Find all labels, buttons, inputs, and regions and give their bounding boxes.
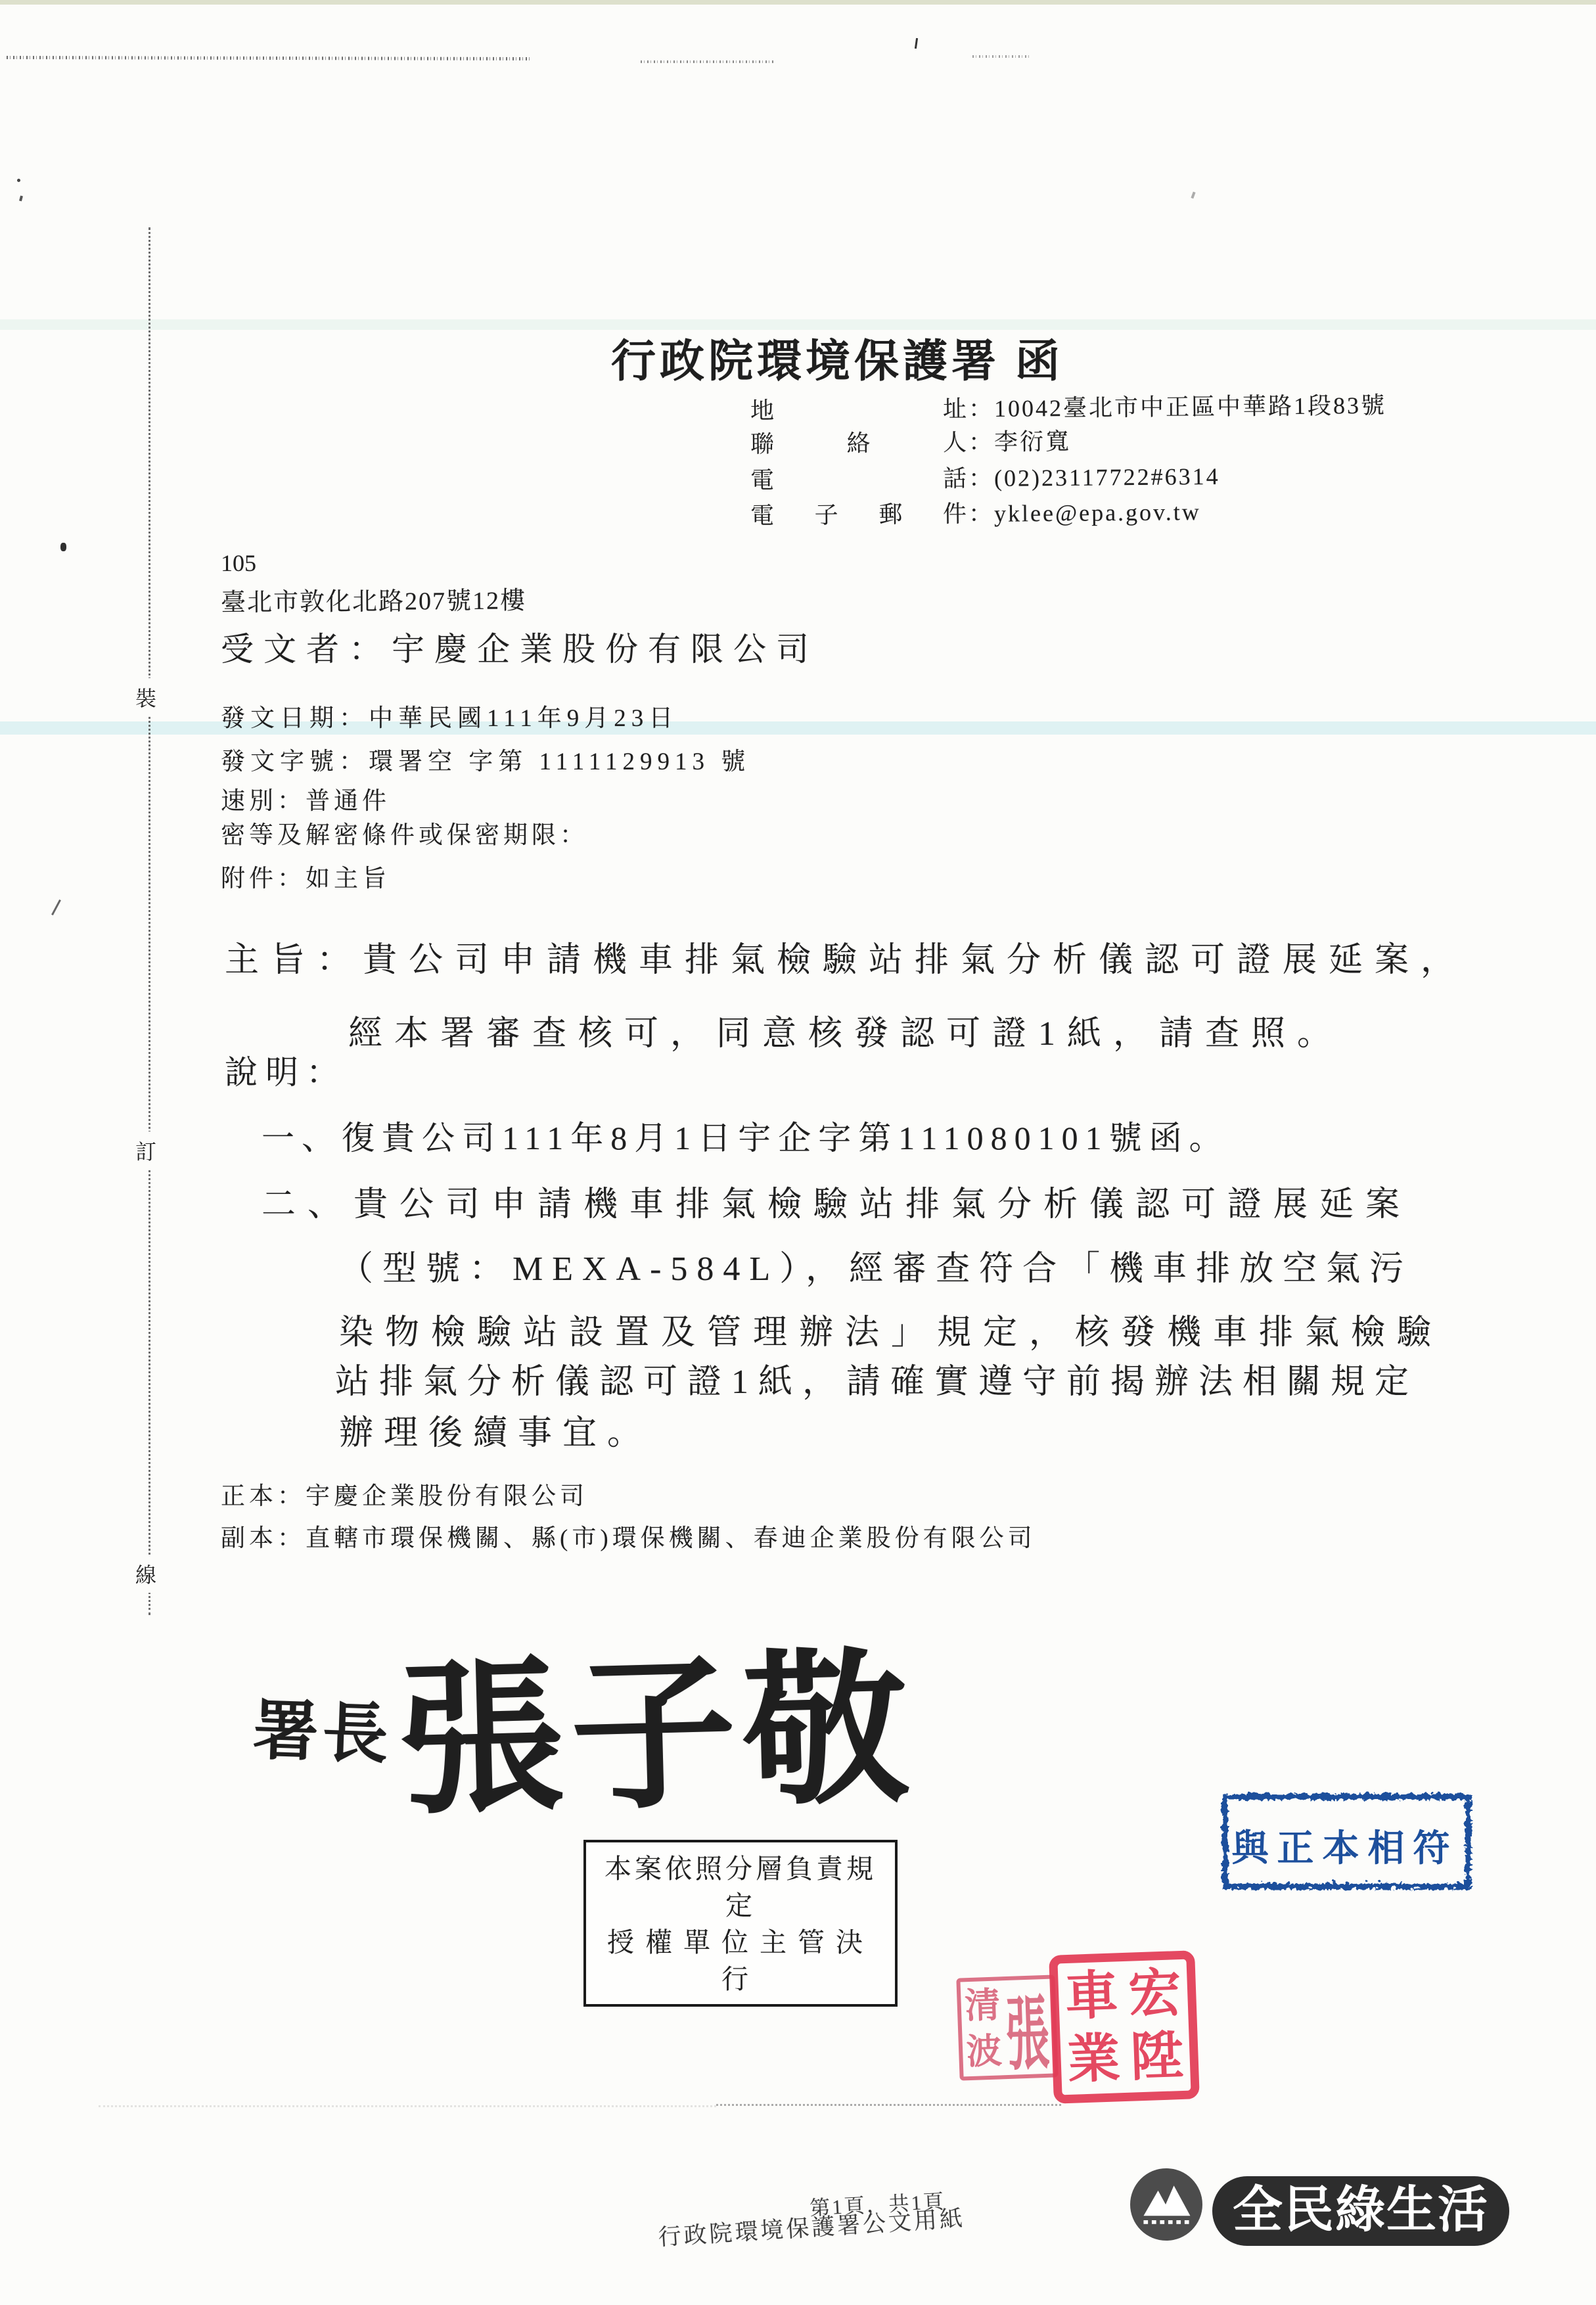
scan-top-edge-band — [0, 0, 1596, 5]
signature-title: 署長 — [252, 1677, 394, 1776]
meta-security: 密等及解密條件或保密期限： — [221, 815, 588, 850]
meta-speed: 速別：普通件 — [221, 781, 390, 816]
name-seal-small: 張 清 波 — [956, 1974, 1058, 2080]
scan-noise-line-1 — [7, 56, 532, 60]
seal-char-zhang: 張 — [1003, 1969, 1051, 2086]
binding-char-xian: 線 — [134, 1555, 158, 1593]
scan-dotted-artifact — [716, 2104, 1061, 2106]
slogan-text: 全民綠生活 — [1212, 2176, 1509, 2245]
explanation-heading: 說明： — [225, 1046, 347, 1093]
info-row-contact: 聯絡人：李衍寬 — [750, 423, 1071, 459]
info-value-email: ：yklee@epa.gov.tw — [969, 499, 1201, 527]
binding-dotted-line — [148, 227, 150, 1615]
binding-char-ding: 訂 — [134, 1131, 158, 1170]
scan-blob — [60, 543, 66, 551]
signature-name: 張子敬 — [395, 1595, 917, 1846]
info-row-address: 地址：10042臺北市中正區中華路1段83號 — [750, 387, 1386, 426]
explanation-item-2-line-4: 站排氣分析儀認可證1紙，請確實遵守前揭辦法相關規定 — [335, 1354, 1419, 1403]
scan-noise-line-2 — [641, 60, 775, 63]
info-row-email: 電子郵件：yklee@epa.gov.tw — [750, 493, 1201, 531]
explanation-item-1: 一、復貴公司111年8月1日宇企字第111080101號函。 — [262, 1112, 1229, 1159]
seal-char-qing: 清 — [964, 1983, 1001, 2028]
scan-speck-tick — [915, 38, 918, 49]
info-label-email: 電子郵件 — [750, 495, 969, 531]
decision-box: 本案依照分層負責規定 授權單位主管決行 — [583, 1840, 898, 2007]
scan-noise-line-3 — [972, 55, 1032, 58]
certified-copy-stamp: 與正本相符 — [1213, 1785, 1477, 1895]
meta-number: 發文字號：環署空 字第 1111129913 號 — [221, 741, 750, 777]
epa-logo-icon — [1130, 2168, 1202, 2241]
scan-slash-mark — [51, 900, 61, 915]
recipient-address: 臺北市敦化北路207號12樓 — [221, 580, 526, 618]
scan-speck-3 — [1191, 192, 1195, 199]
scan-speck-2 — [19, 196, 23, 202]
mountain-icon — [1135, 2173, 1198, 2236]
info-label-phone: 電話 — [750, 460, 969, 495]
decision-line-1: 本案依照分層負責規定 — [591, 1850, 890, 1924]
slogan-badge: 全民綠生活 — [1212, 2176, 1509, 2246]
meta-attachment: 附件：如主旨 — [221, 858, 390, 894]
explanation-item-2-line-5: 辦理後續事宜。 — [339, 1405, 652, 1454]
seal-char-che: 車 — [1064, 1967, 1119, 2026]
scanned-letter-page: 裝 訂 線 行政院環境保護署 函 地址：10042臺北市中正區中華路1段83號 … — [0, 0, 1596, 2305]
copies-cc: 副本：直轄市環保機關、縣(市)環保機關、春迪企業股份有限公司 — [221, 1518, 1036, 1553]
scan-speck-1 — [17, 179, 20, 182]
subject-line-2: 經本署審查核可，同意核發認可證1紙，請查照。 — [348, 1005, 1343, 1055]
seal-char-ye: 業 — [1066, 2030, 1121, 2089]
explanation-item-2-line-2: （型號：MEXA-584L），經審查符合「機車排放空氣污 — [339, 1241, 1413, 1290]
scan-dotted-artifact-faint — [99, 2105, 716, 2107]
info-value-phone: ：(02)23117722#6314 — [969, 463, 1220, 491]
seal-char-sheng: 陞 — [1129, 2028, 1184, 2088]
recipient-zip: 105 — [221, 549, 256, 577]
decision-line-2: 授權單位主管決行 — [591, 1924, 890, 1997]
explanation-item-2-line-1: 二、貴公司申請機車排氣檢驗站排氣分析儀認可證展延案 — [262, 1176, 1411, 1225]
explanation-item-2-line-3: 染物檢驗站設置及管理辦法」規定，核發機車排氣檢驗 — [339, 1304, 1443, 1354]
binding-char-zhuang: 裝 — [134, 678, 158, 716]
certified-stamp-text: 與正本相符 — [1213, 1819, 1477, 1872]
meta-date: 發文日期：中華民國111年9月23日 — [221, 698, 678, 733]
info-value-address: ：10042臺北市中正區中華路1段83號 — [969, 392, 1386, 422]
info-label-address: 地址 — [750, 390, 969, 426]
info-row-phone: 電話：(02)23117722#6314 — [750, 458, 1220, 495]
recipient-line: 受文者：宇慶企業股份有限公司 — [221, 623, 819, 670]
subject-line-1: 主旨：貴公司申請機車排氣檢驗站排氣分析儀認可證展延案， — [225, 932, 1467, 981]
letter-title: 行政院環境保護署 函 — [611, 326, 1064, 390]
copies-original: 正本：宇慶企業股份有限公司 — [221, 1476, 588, 1511]
info-label-contact: 聯絡人 — [750, 424, 969, 459]
seal-char-hong: 宏 — [1128, 1965, 1182, 2024]
company-seal-large: 宏 陞 車 業 — [1049, 1950, 1200, 2104]
info-value-contact: ：李衍寬 — [969, 428, 1071, 455]
seal-char-bo: 波 — [966, 2029, 1003, 2074]
